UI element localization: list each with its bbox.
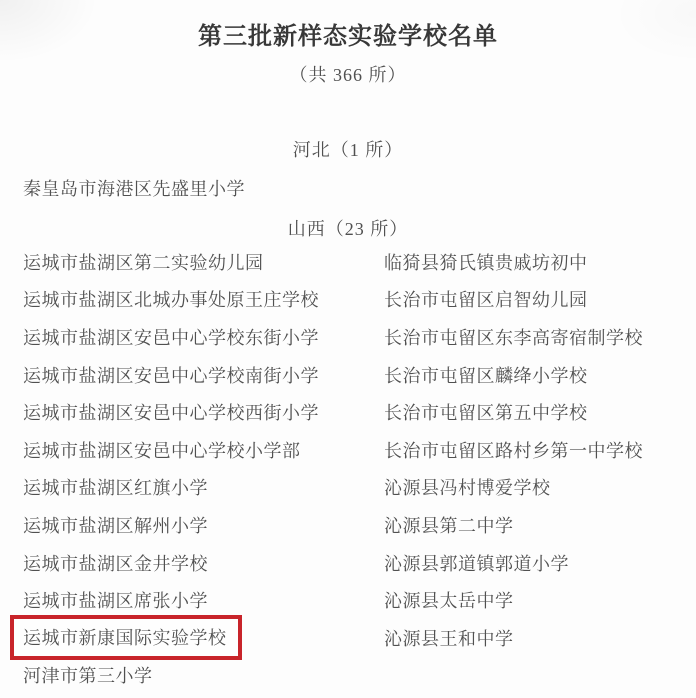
- school-row: 运城市盐湖区解州小学 沁源县第二中学: [0, 506, 696, 544]
- school-name: 秦皇岛市海港区先盛里小学: [23, 175, 245, 201]
- section-header-shanxi: 山西（23 所）: [0, 215, 696, 241]
- school-name: 长治市屯留区路村乡第一中学校: [361, 437, 696, 463]
- school-row: 河津市第三小学: [0, 657, 696, 695]
- school-name: 运城市新康国际实验学校: [23, 628, 227, 648]
- school-row: 运城市盐湖区安邑中心学校南街小学 长治市屯留区麟绛小学校: [0, 356, 696, 394]
- section-header-hebei: 河北（1 所）: [0, 136, 696, 162]
- document-subtitle: （共 366 所）: [0, 61, 696, 87]
- school-name: 长治市屯留区第五中学校: [361, 399, 696, 425]
- school-name: 沁源县太岳中学: [361, 587, 696, 613]
- school-name: 临猗县猗氏镇贵戚坊初中: [361, 249, 696, 275]
- school-name: 运城市盐湖区第二实验幼儿园: [0, 249, 361, 275]
- school-name: 沁源县王和中学: [361, 625, 696, 651]
- school-list: 运城市盐湖区第二实验幼儿园 临猗县猗氏镇贵戚坊初中 运城市盐湖区北城办事处原王庄…: [0, 243, 696, 694]
- school-row: 运城市盐湖区北城办事处原王庄学校 长治市屯留区启智幼儿园: [0, 281, 696, 319]
- school-name: 沁源县冯村博爱学校: [361, 474, 696, 500]
- school-row: 运城市盐湖区安邑中心学校西街小学 长治市屯留区第五中学校: [0, 393, 696, 431]
- school-name: 长治市屯留区东李高寄宿制学校: [361, 324, 696, 350]
- school-name: 长治市屯留区麟绛小学校: [361, 362, 696, 388]
- school-row: 运城市盐湖区金井学校 沁源县郭道镇郭道小学: [0, 544, 696, 582]
- school-name: 河津市第三小学: [0, 662, 361, 688]
- school-name: 运城市盐湖区安邑中心学校南街小学: [0, 362, 361, 388]
- document-page: 第三批新样态实验学校名单 （共 366 所） 河北（1 所） 秦皇岛市海港区先盛…: [0, 0, 696, 698]
- school-row: 运城市盐湖区第二实验幼儿园 临猗县猗氏镇贵戚坊初中: [0, 243, 696, 281]
- document-title: 第三批新样态实验学校名单: [0, 16, 696, 51]
- school-name: 运城市盐湖区金井学校: [0, 550, 361, 576]
- school-name: 运城市盐湖区安邑中心学校西街小学: [0, 399, 361, 425]
- school-name: 运城市盐湖区北城办事处原王庄学校: [0, 286, 361, 312]
- school-name: 长治市屯留区启智幼儿园: [361, 286, 696, 312]
- school-row: 运城市盐湖区席张小学 沁源县太岳中学: [0, 581, 696, 619]
- school-name: 沁源县郭道镇郭道小学: [361, 550, 696, 576]
- red-highlight-box: 运城市新康国际实验学校: [10, 615, 242, 660]
- school-row-highlighted: 运城市新康国际实验学校 沁源县王和中学: [0, 619, 696, 657]
- school-name: 运城市盐湖区安邑中心学校东街小学: [0, 324, 361, 350]
- school-name: 沁源县第二中学: [361, 512, 696, 538]
- school-name-highlighted-wrapper: 运城市新康国际实验学校: [0, 615, 361, 660]
- school-row: 运城市盐湖区安邑中心学校小学部 长治市屯留区路村乡第一中学校: [0, 431, 696, 469]
- school-row: 运城市盐湖区安邑中心学校东街小学 长治市屯留区东李高寄宿制学校: [0, 318, 696, 356]
- school-name: 运城市盐湖区红旗小学: [0, 474, 361, 500]
- school-name: 运城市盐湖区安邑中心学校小学部: [0, 437, 361, 463]
- school-row: 运城市盐湖区红旗小学 沁源县冯村博爱学校: [0, 469, 696, 507]
- school-name: 运城市盐湖区席张小学: [0, 587, 361, 613]
- school-name: 运城市盐湖区解州小学: [0, 512, 361, 538]
